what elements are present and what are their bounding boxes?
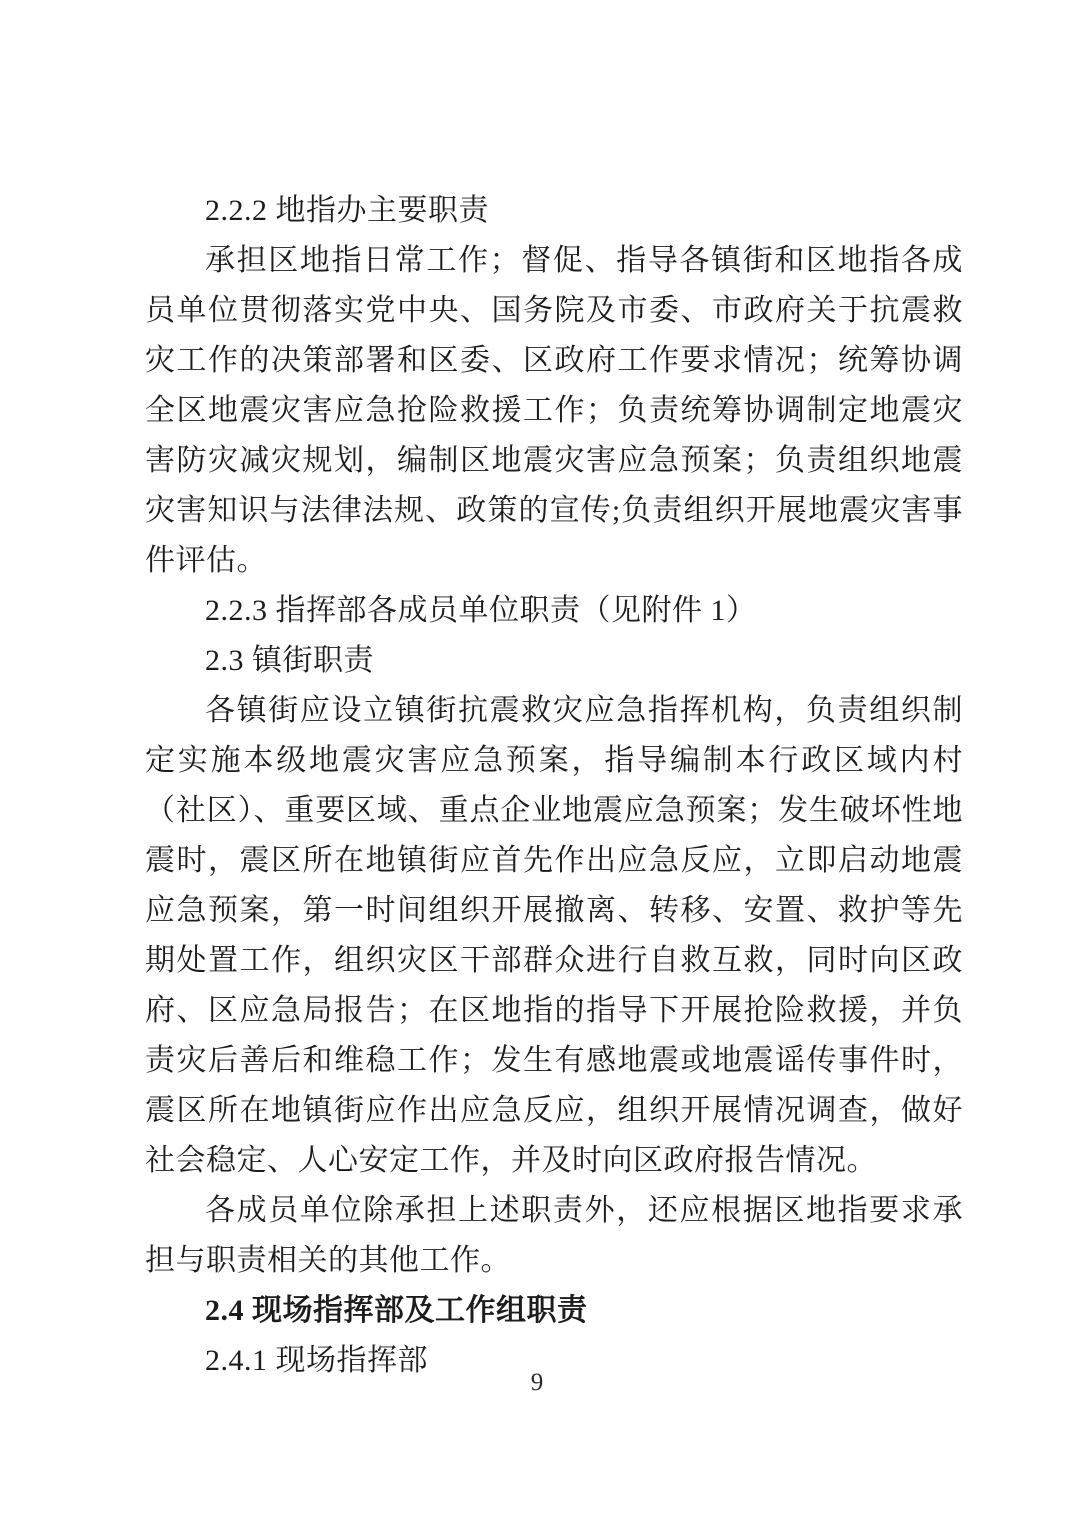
heading-2-3: 2.3 镇街职责 bbox=[145, 636, 963, 686]
paragraph-office-duties: 承担区地指日常工作；督促、指导各镇街和区地指各成员单位贯彻落实党中央、国务院及市… bbox=[145, 236, 963, 586]
document-page: 2.2.2 地指办主要职责 承担区地指日常工作；督促、指导各镇街和区地指各成员单… bbox=[0, 0, 1074, 1520]
page-number: 9 bbox=[0, 1366, 1074, 1400]
heading-2-2-3: 2.2.3 指挥部各成员单位职责（见附件 1） bbox=[145, 586, 963, 636]
document-body: 2.2.2 地指办主要职责 承担区地指日常工作；督促、指导各镇街和区地指各成员单… bbox=[145, 186, 963, 1386]
paragraph-town-street-duties: 各镇街应设立镇街抗震救灾应急指挥机构，负责组织制定实施本级地震灾害应急预案，指导… bbox=[145, 686, 963, 1186]
heading-2-4: 2.4 现场指挥部及工作组职责 bbox=[145, 1286, 963, 1336]
paragraph-member-units-other-duties: 各成员单位除承担上述职责外，还应根据区地指要求承担与职责相关的其他工作。 bbox=[145, 1186, 963, 1286]
heading-2-2-2: 2.2.2 地指办主要职责 bbox=[145, 186, 963, 236]
